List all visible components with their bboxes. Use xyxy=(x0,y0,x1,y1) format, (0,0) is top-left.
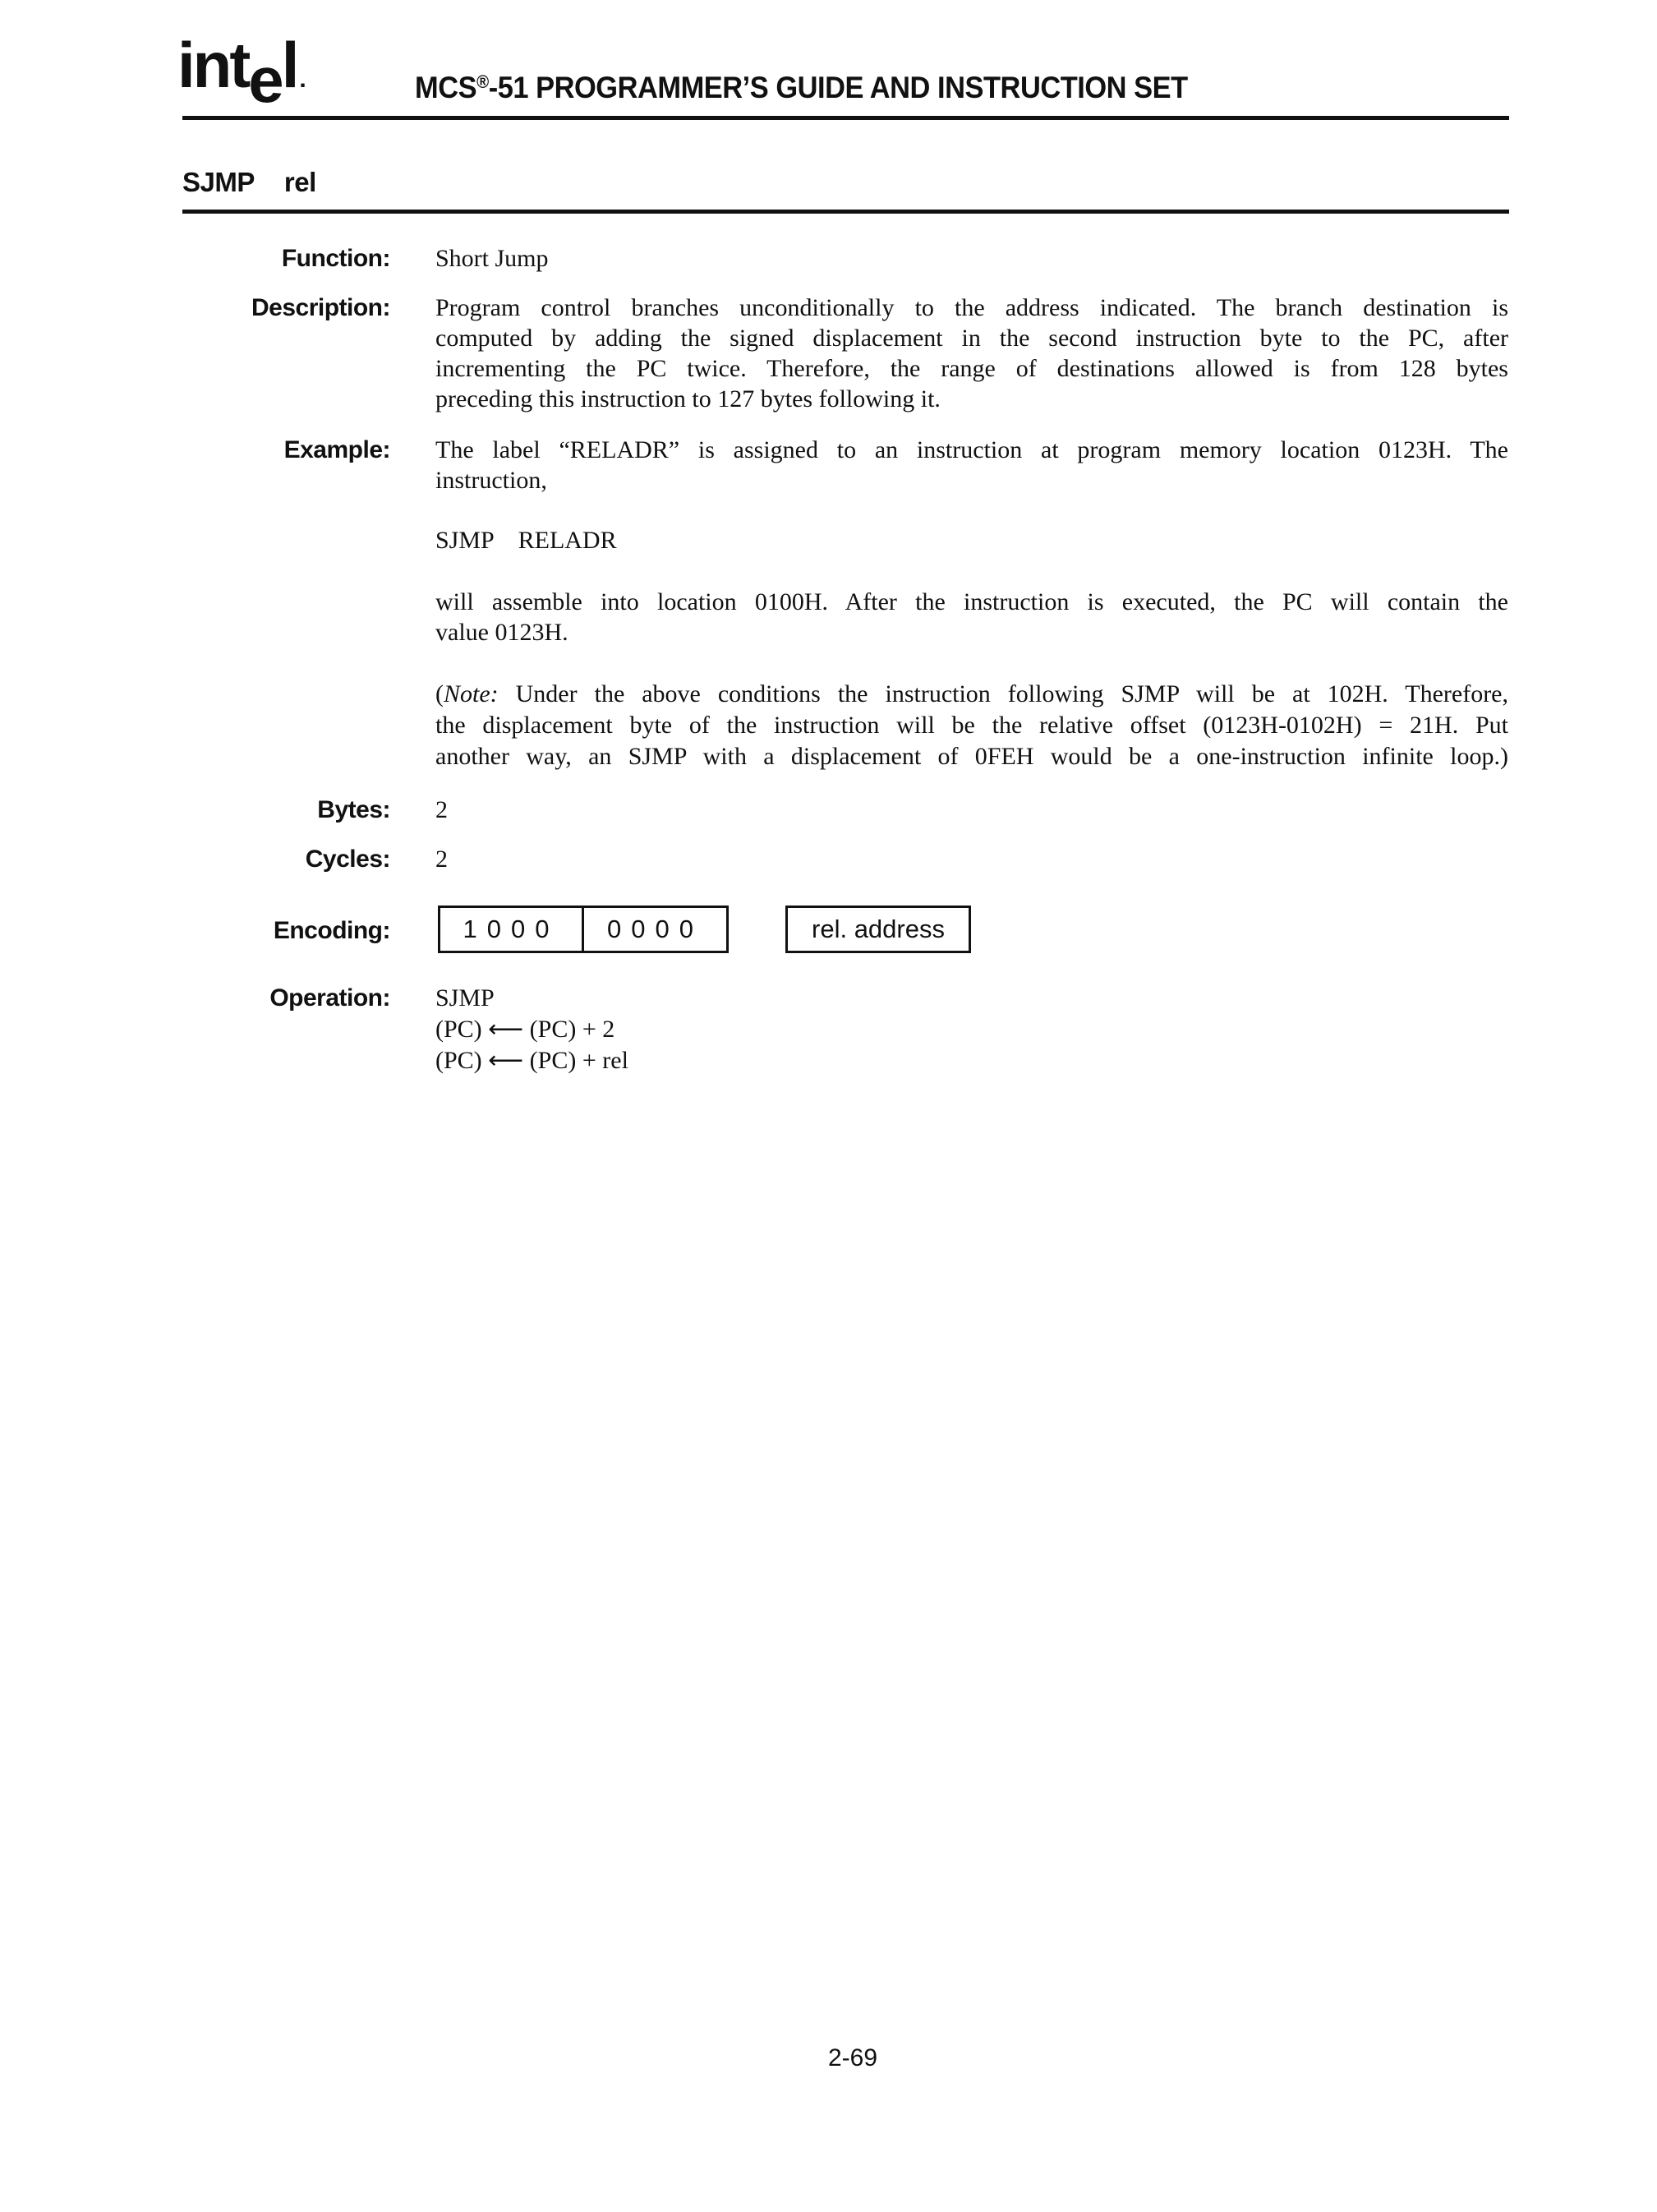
instruction-mnemonic: SJMP xyxy=(182,167,255,197)
encoding-high-nibble: 1000 xyxy=(440,908,582,951)
note-paren: ( xyxy=(435,680,444,707)
cycles-value: 2 xyxy=(435,847,448,872)
encoding-low-nibble: 0000 xyxy=(582,908,726,951)
example-note-line: the displacement byte of the instruction… xyxy=(435,713,1508,738)
title-suffix: -51 PROGRAMMER’S GUIDE AND INSTRUCTION S… xyxy=(489,71,1188,104)
note-label: Note: xyxy=(444,680,499,707)
operation-line: SJMP xyxy=(435,986,495,1011)
encoding-byte1-box: 1000 0000 xyxy=(438,906,729,953)
example-note-line: another way, an SJMP with a displacement… xyxy=(435,744,1508,769)
operation-label: Operation: xyxy=(144,986,390,1011)
example-line: will assemble into location 0100H. After… xyxy=(435,590,1508,615)
instruction-operand: rel xyxy=(284,167,316,197)
description-label: Description: xyxy=(144,296,390,320)
cycles-label: Cycles: xyxy=(144,847,390,872)
description-line: Program control branches unconditionally… xyxy=(435,296,1508,320)
example-code: SJMP RELADR xyxy=(435,528,617,553)
bytes-value: 2 xyxy=(435,798,448,823)
logo-dropped-e: e xyxy=(248,48,281,112)
logo-text: int xyxy=(177,29,248,101)
example-line: instruction, xyxy=(435,468,547,493)
function-label: Function: xyxy=(144,247,390,271)
logo-text-l: l xyxy=(282,29,297,101)
bytes-label: Bytes: xyxy=(144,798,390,823)
encoding-byte2-box: rel. address xyxy=(785,906,971,953)
document-title: MCS®-51 PROGRAMMER’S GUIDE AND INSTRUCTI… xyxy=(415,72,1188,103)
example-label: Example: xyxy=(144,438,390,463)
registered-mark: ® xyxy=(476,71,489,92)
encoding-label: Encoding: xyxy=(144,919,390,943)
logo-dot: . xyxy=(299,66,303,93)
function-text: Short Jump xyxy=(435,247,549,271)
example-note-line: (Note: Under the above conditions the in… xyxy=(435,682,1508,707)
description-line: computed by adding the signed displaceme… xyxy=(435,326,1508,351)
example-line: The label “RELADR” is assigned to an ins… xyxy=(435,438,1508,463)
description-line: incrementing the PC twice. Therefore, th… xyxy=(435,357,1508,381)
note-text: Under the above conditions the instructi… xyxy=(499,680,1508,707)
example-line: value 0123H. xyxy=(435,620,568,645)
section-rule xyxy=(182,210,1509,214)
instruction-heading: SJMPrel xyxy=(182,168,316,196)
description-line: preceding this instruction to 127 bytes … xyxy=(435,387,941,412)
encoding-rel-address: rel. address xyxy=(812,915,945,944)
intel-logo: intel. xyxy=(177,33,304,97)
operation-line: (PC) ⟵ (PC) + 2 xyxy=(435,1017,614,1042)
page-number: 2-69 xyxy=(828,2046,877,2071)
header-rule xyxy=(182,116,1509,120)
operation-line: (PC) ⟵ (PC) + rel xyxy=(435,1048,628,1073)
title-prefix: MCS xyxy=(415,71,476,104)
